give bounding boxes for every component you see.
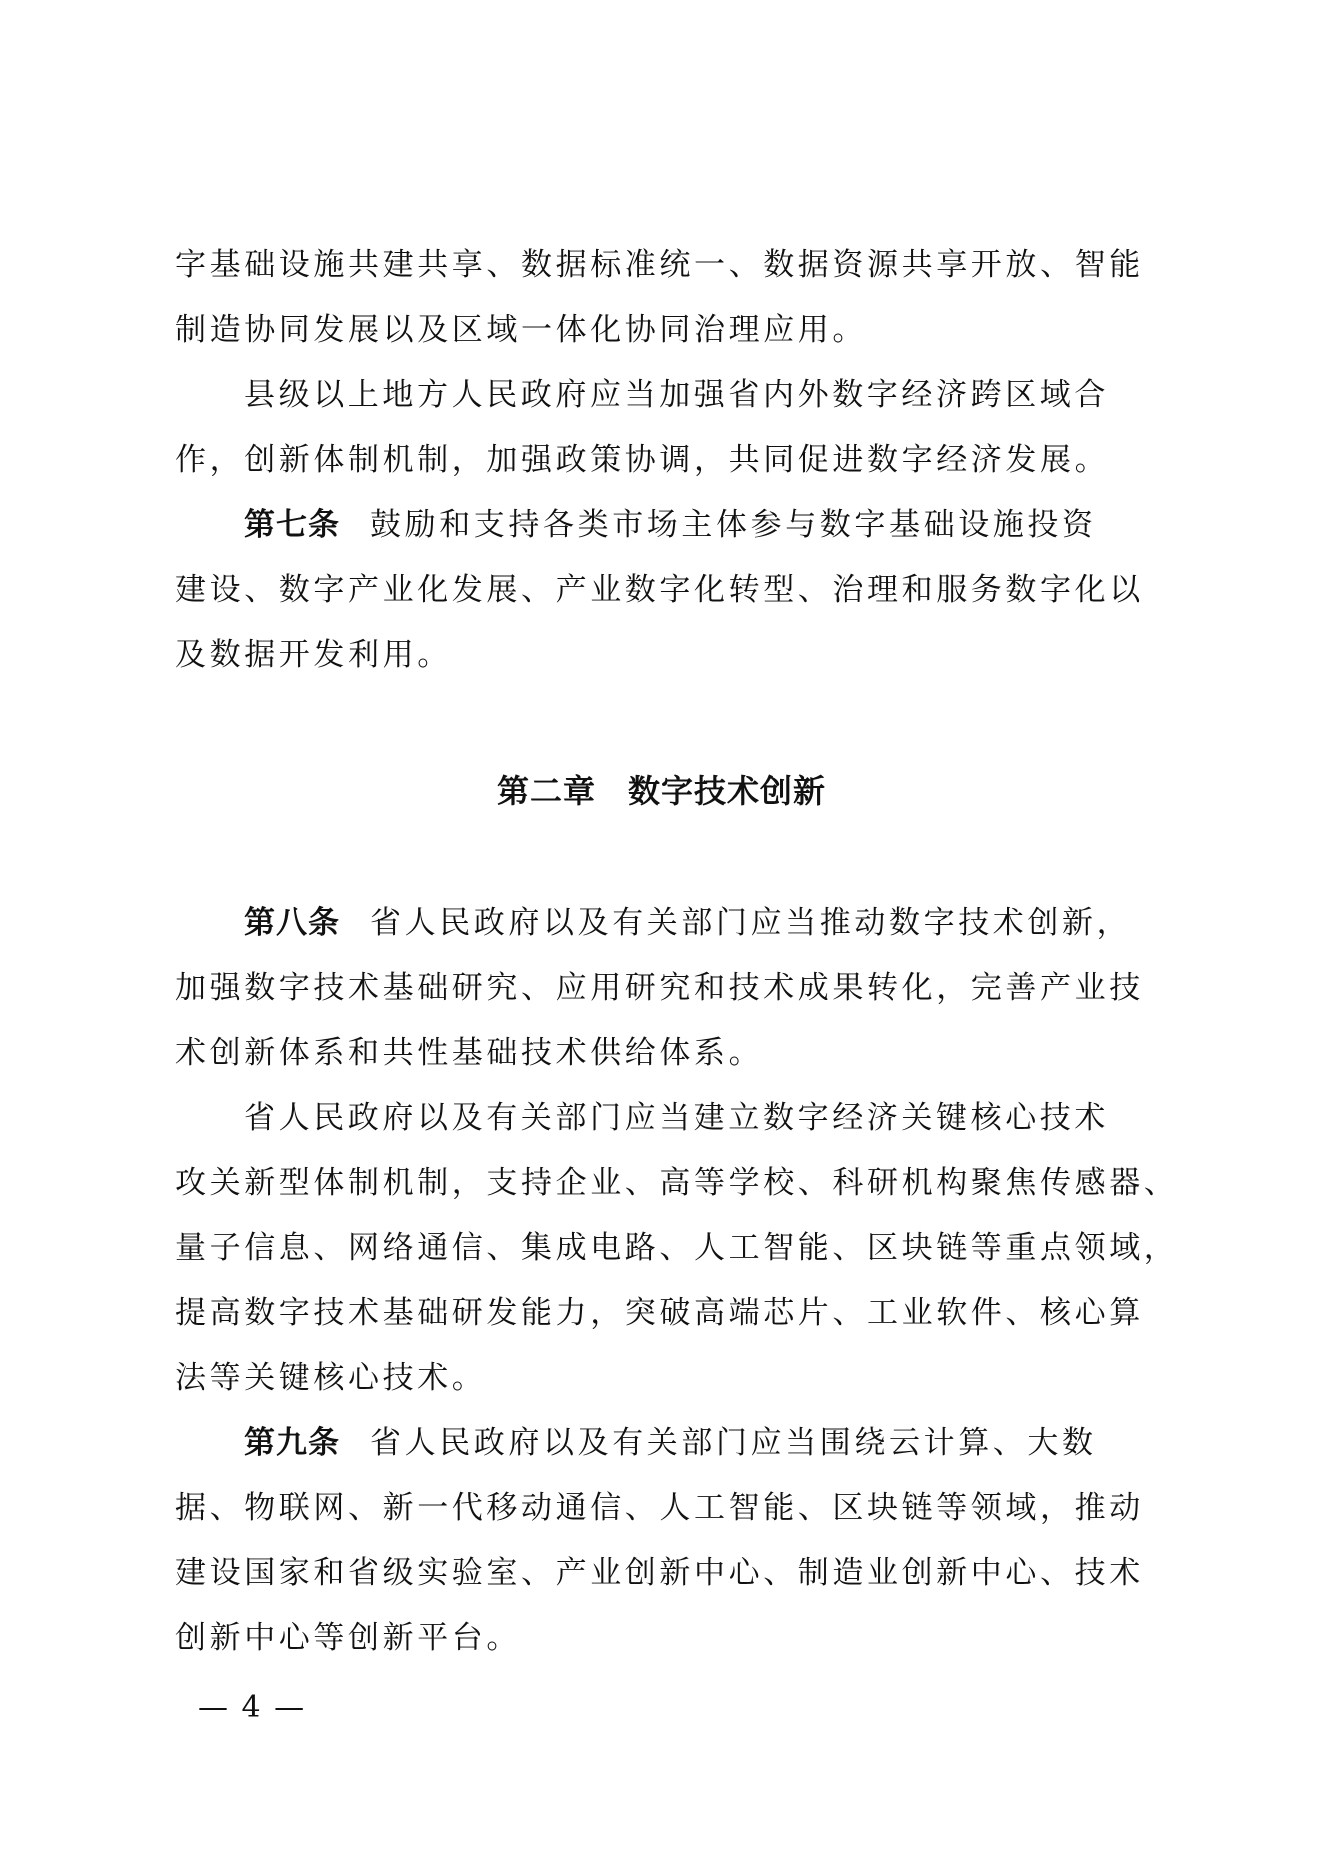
article-label: 第八条 — [244, 905, 340, 941]
body-line: 攻关新型体制机制，支持企业、高等学校、科研机构聚焦传感器、 — [175, 1163, 1155, 1203]
body-line: 作，创新体制机制，加强政策协调，共同促进数字经济发展。 — [175, 440, 1155, 480]
body-line: 建设国家和省级实验室、产业创新中心、制造业创新中心、技术 — [175, 1553, 1155, 1593]
body-line: 据、物联网、新一代移动通信、人工智能、区块链等领域，推动 — [175, 1488, 1155, 1528]
article-label: 第九条 — [244, 1425, 340, 1461]
chapter-title: 数字技术创新 — [628, 772, 826, 810]
body-line: 县级以上地方人民政府应当加强省内外数字经济跨区域合 — [244, 375, 1224, 415]
article-9-first-line: 第九条省人民政府以及有关部门应当围绕云计算、大数 — [244, 1423, 1224, 1463]
body-line: 建设、数字产业化发展、产业数字化转型、治理和服务数字化以 — [175, 570, 1155, 610]
article-label: 第七条 — [244, 507, 340, 543]
body-line: 及数据开发利用。 — [175, 635, 1155, 675]
body-text: 省人民政府以及有关部门应当推动数字技术创新， — [370, 905, 1131, 941]
chapter-number: 第二章 — [497, 772, 596, 810]
page-number: — 4 — — [198, 1690, 306, 1725]
body-line: 加强数字技术基础研究、应用研究和技术成果转化，完善产业技 — [175, 968, 1155, 1008]
chapter-heading: 第二章数字技术创新 — [0, 766, 1323, 812]
body-line: 字基础设施共建共享、数据标准统一、数据资源共享开放、智能 — [175, 245, 1155, 285]
body-line: 省人民政府以及有关部门应当建立数字经济关键核心技术 — [244, 1098, 1224, 1138]
body-line: 制造协同发展以及区域一体化协同治理应用。 — [175, 310, 1155, 350]
document-page: 字基础设施共建共享、数据标准统一、数据资源共享开放、智能 制造协同发展以及区域一… — [0, 0, 1323, 1871]
article-7-first-line: 第七条鼓励和支持各类市场主体参与数字基础设施投资 — [244, 505, 1224, 545]
body-text: 省人民政府以及有关部门应当围绕云计算、大数 — [370, 1425, 1097, 1461]
body-line: 创新中心等创新平台。 — [175, 1618, 1155, 1658]
article-8-first-line: 第八条省人民政府以及有关部门应当推动数字技术创新， — [244, 903, 1224, 943]
body-line: 法等关键核心技术。 — [175, 1358, 1155, 1398]
body-text: 鼓励和支持各类市场主体参与数字基础设施投资 — [370, 507, 1097, 543]
body-line: 提高数字技术基础研发能力，突破高端芯片、工业软件、核心算 — [175, 1293, 1155, 1333]
body-line: 量子信息、网络通信、集成电路、人工智能、区块链等重点领域， — [175, 1228, 1155, 1268]
body-line: 术创新体系和共性基础技术供给体系。 — [175, 1033, 1155, 1073]
